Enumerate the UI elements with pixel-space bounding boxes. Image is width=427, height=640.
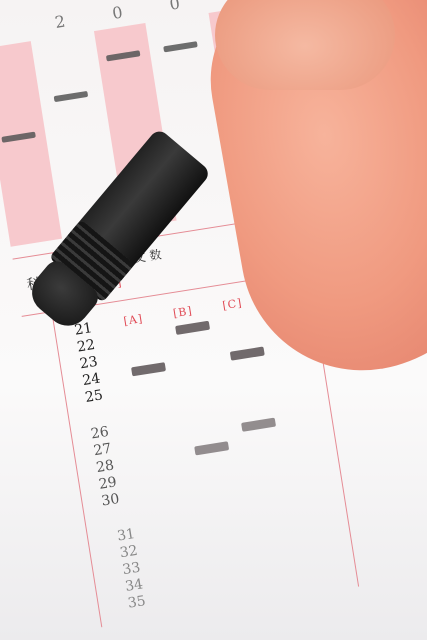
- filled-mark: [230, 346, 265, 360]
- filled-mark: [131, 362, 166, 376]
- filled-mark: [175, 321, 210, 335]
- filled-mark: [241, 418, 276, 432]
- filled-mark: [194, 441, 229, 455]
- finger: [215, 0, 395, 90]
- photo: 2 0 0 1 3 科目 政治 语文 数 [1] 21 22 23 24 25 …: [0, 0, 427, 640]
